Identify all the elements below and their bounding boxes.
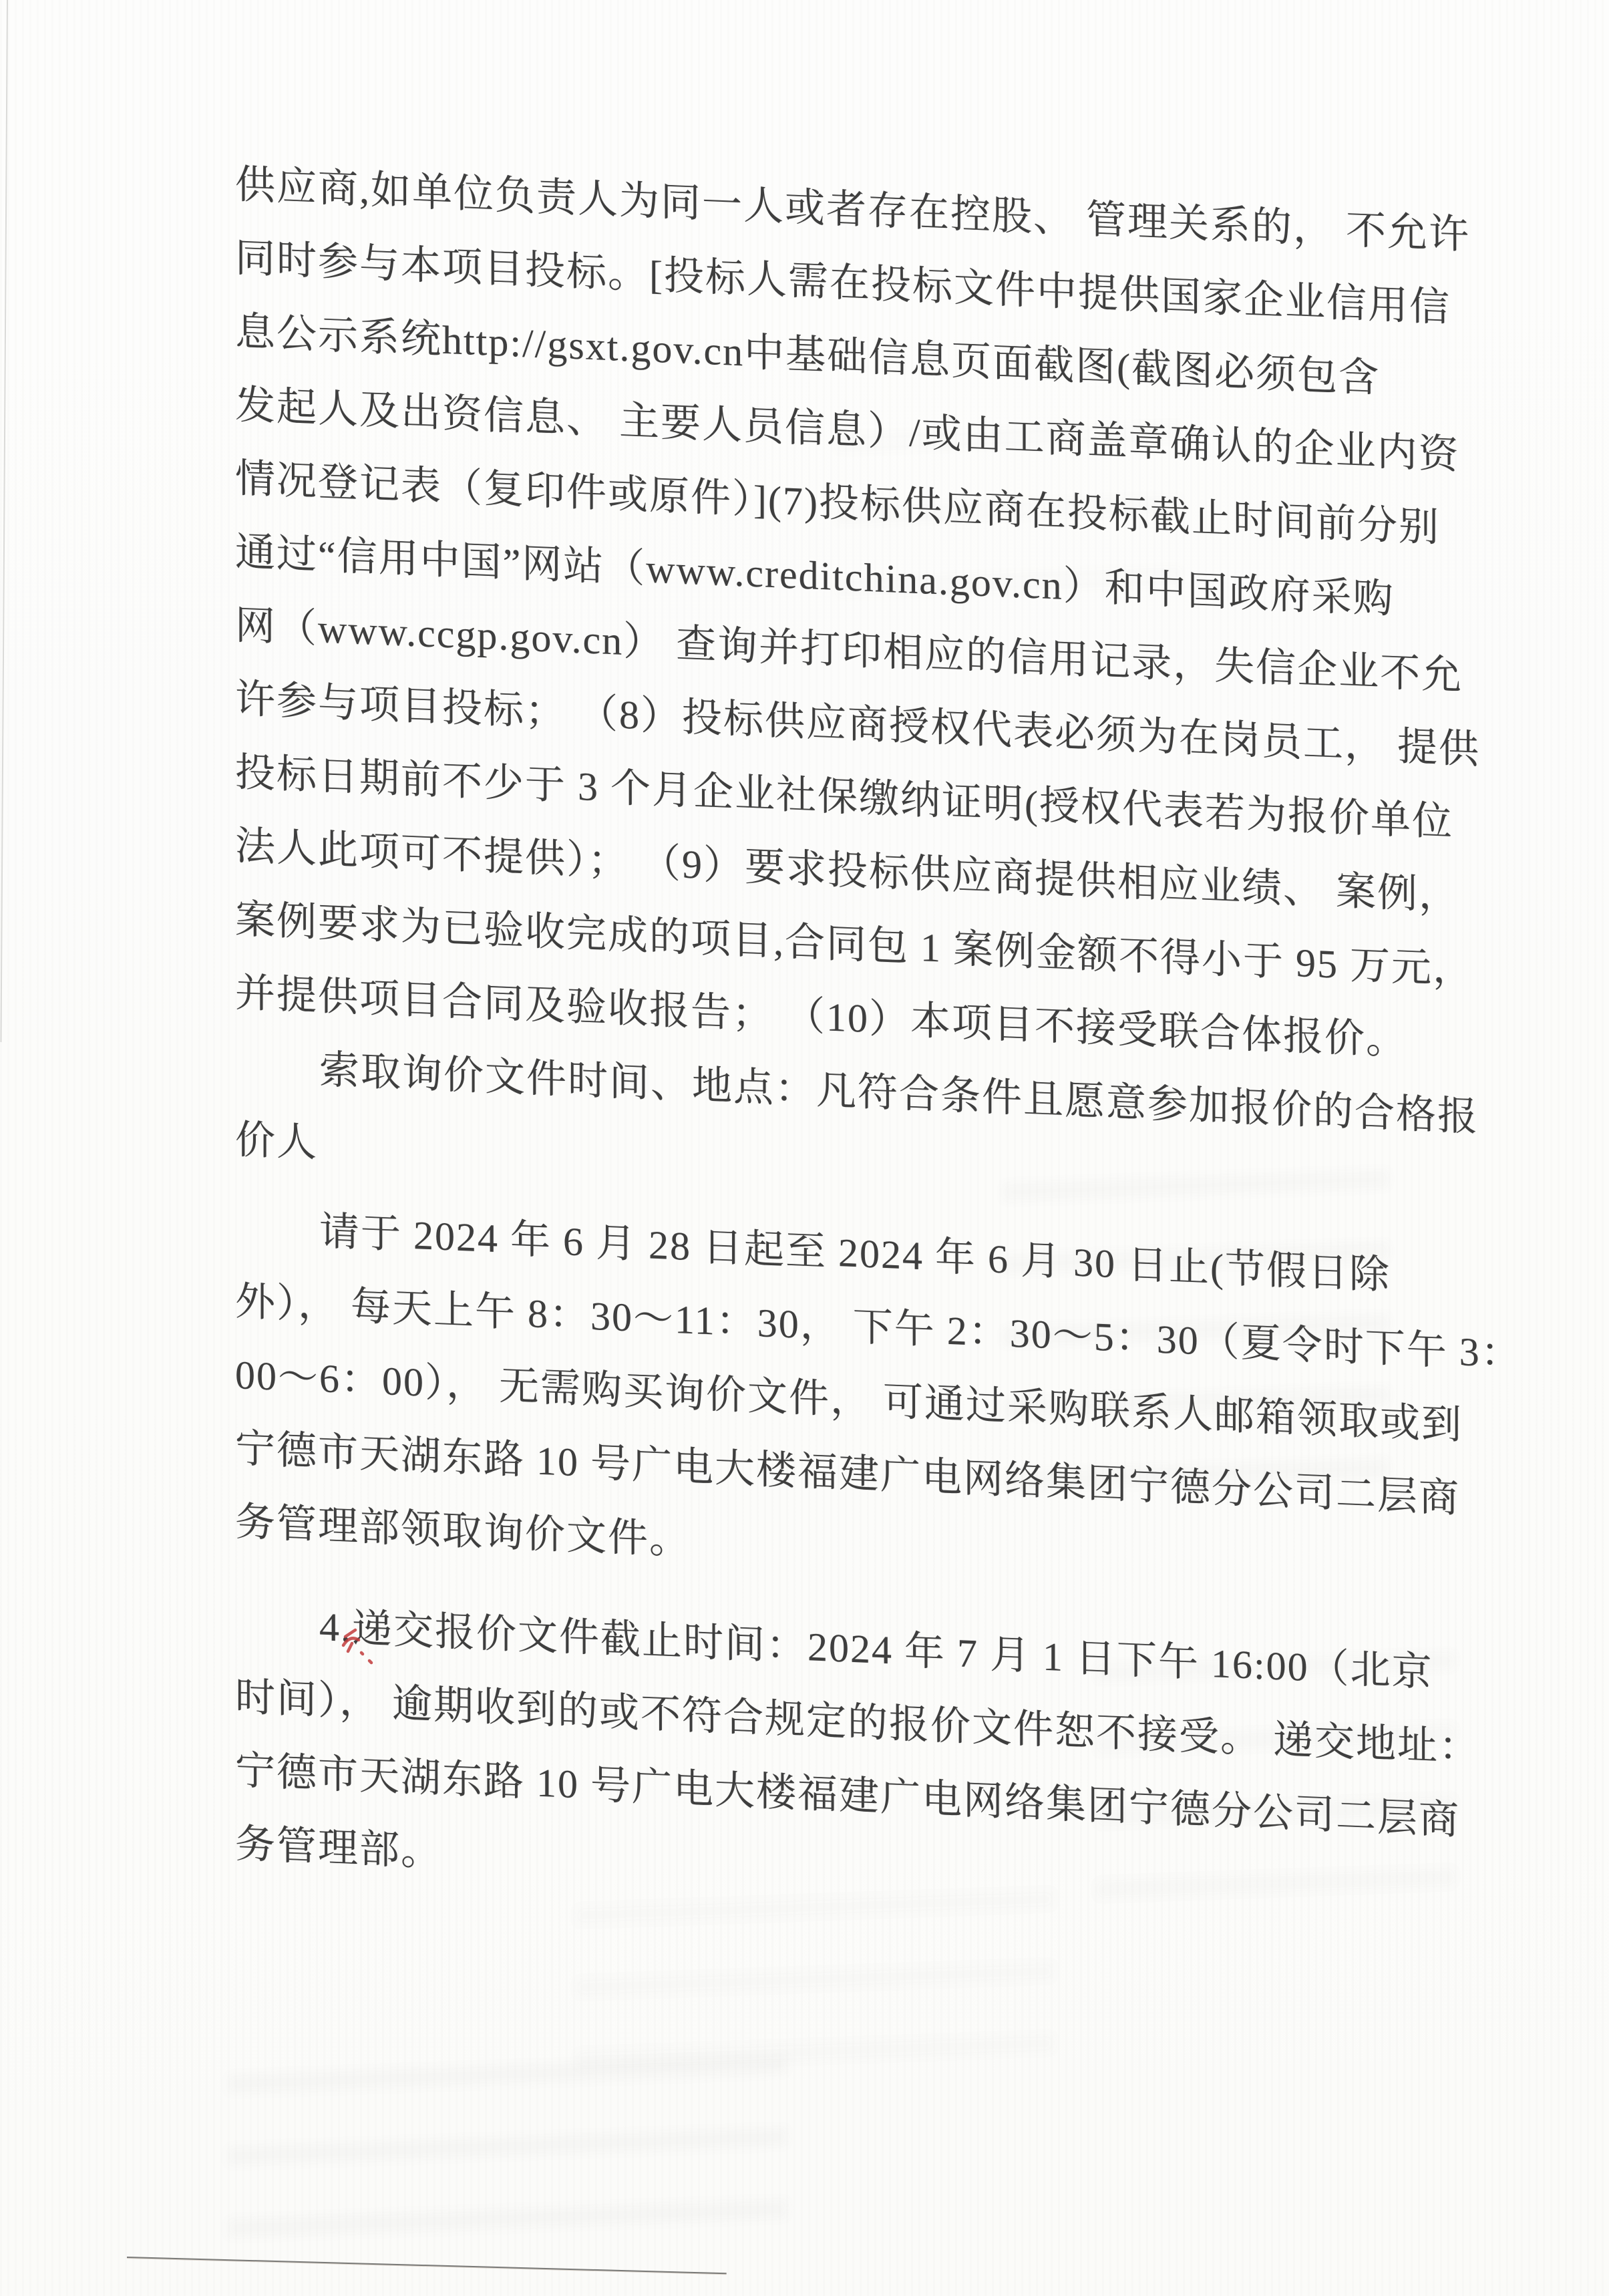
scanned-page: 供应商,如单位负责人为同一人或者存在控股、 管理关系的， 不允许同时参与本项目投… [0, 0, 1609, 2296]
paragraph-list: 供应商,如单位负责人为同一人或者存在控股、 管理关系的， 不允许同时参与本项目投… [235, 148, 1431, 1929]
notice-text-block: 供应商,如单位负责人为同一人或者存在控股、 管理关系的， 不允许同时参与本项目投… [235, 148, 1431, 1929]
red-ink-scribble [337, 1623, 393, 1679]
paragraph: 4.递交报价文件截止时间：2024 年 7 月 1 日下午 16:00（北京时间… [235, 1587, 1431, 1929]
scan-fold-line [127, 2257, 727, 2274]
bleedthrough-smudge [574, 1889, 1055, 2079]
bleedthrough-smudge [227, 2054, 788, 2241]
page-edge-line [0, 0, 8, 1042]
paragraph: 请于 2024 年 6 月 28 日起至 2024 年 6 月 30 日止(节假… [235, 1191, 1431, 1607]
paragraph: 供应商,如单位负责人为同一人或者存在控股、 管理关系的， 不允许同时参与本项目投… [235, 148, 1431, 1078]
